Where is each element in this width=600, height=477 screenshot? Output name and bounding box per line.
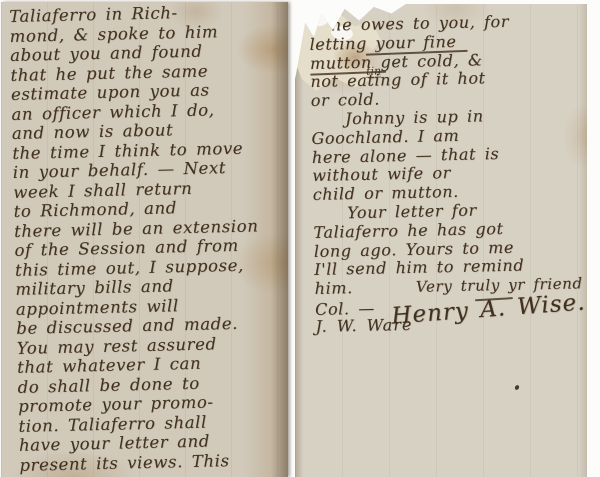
- ink-speck: [514, 384, 520, 390]
- left-page-text-block: Taliaferro in Rich- mond, & spoke to him…: [9, 2, 288, 475]
- letter-page-right: he owes to you, for letting your fine mu…: [295, 4, 587, 477]
- letter-scan: Taliaferro in Rich- mond, & spoke to him…: [0, 0, 600, 477]
- letter-page-left: Taliaferro in Rich- mond, & spoke to him…: [1, 2, 288, 477]
- right-page-text-block: he owes to you, for letting your fine mu…: [309, 11, 587, 336]
- handwritten-line: him.: [315, 279, 353, 299]
